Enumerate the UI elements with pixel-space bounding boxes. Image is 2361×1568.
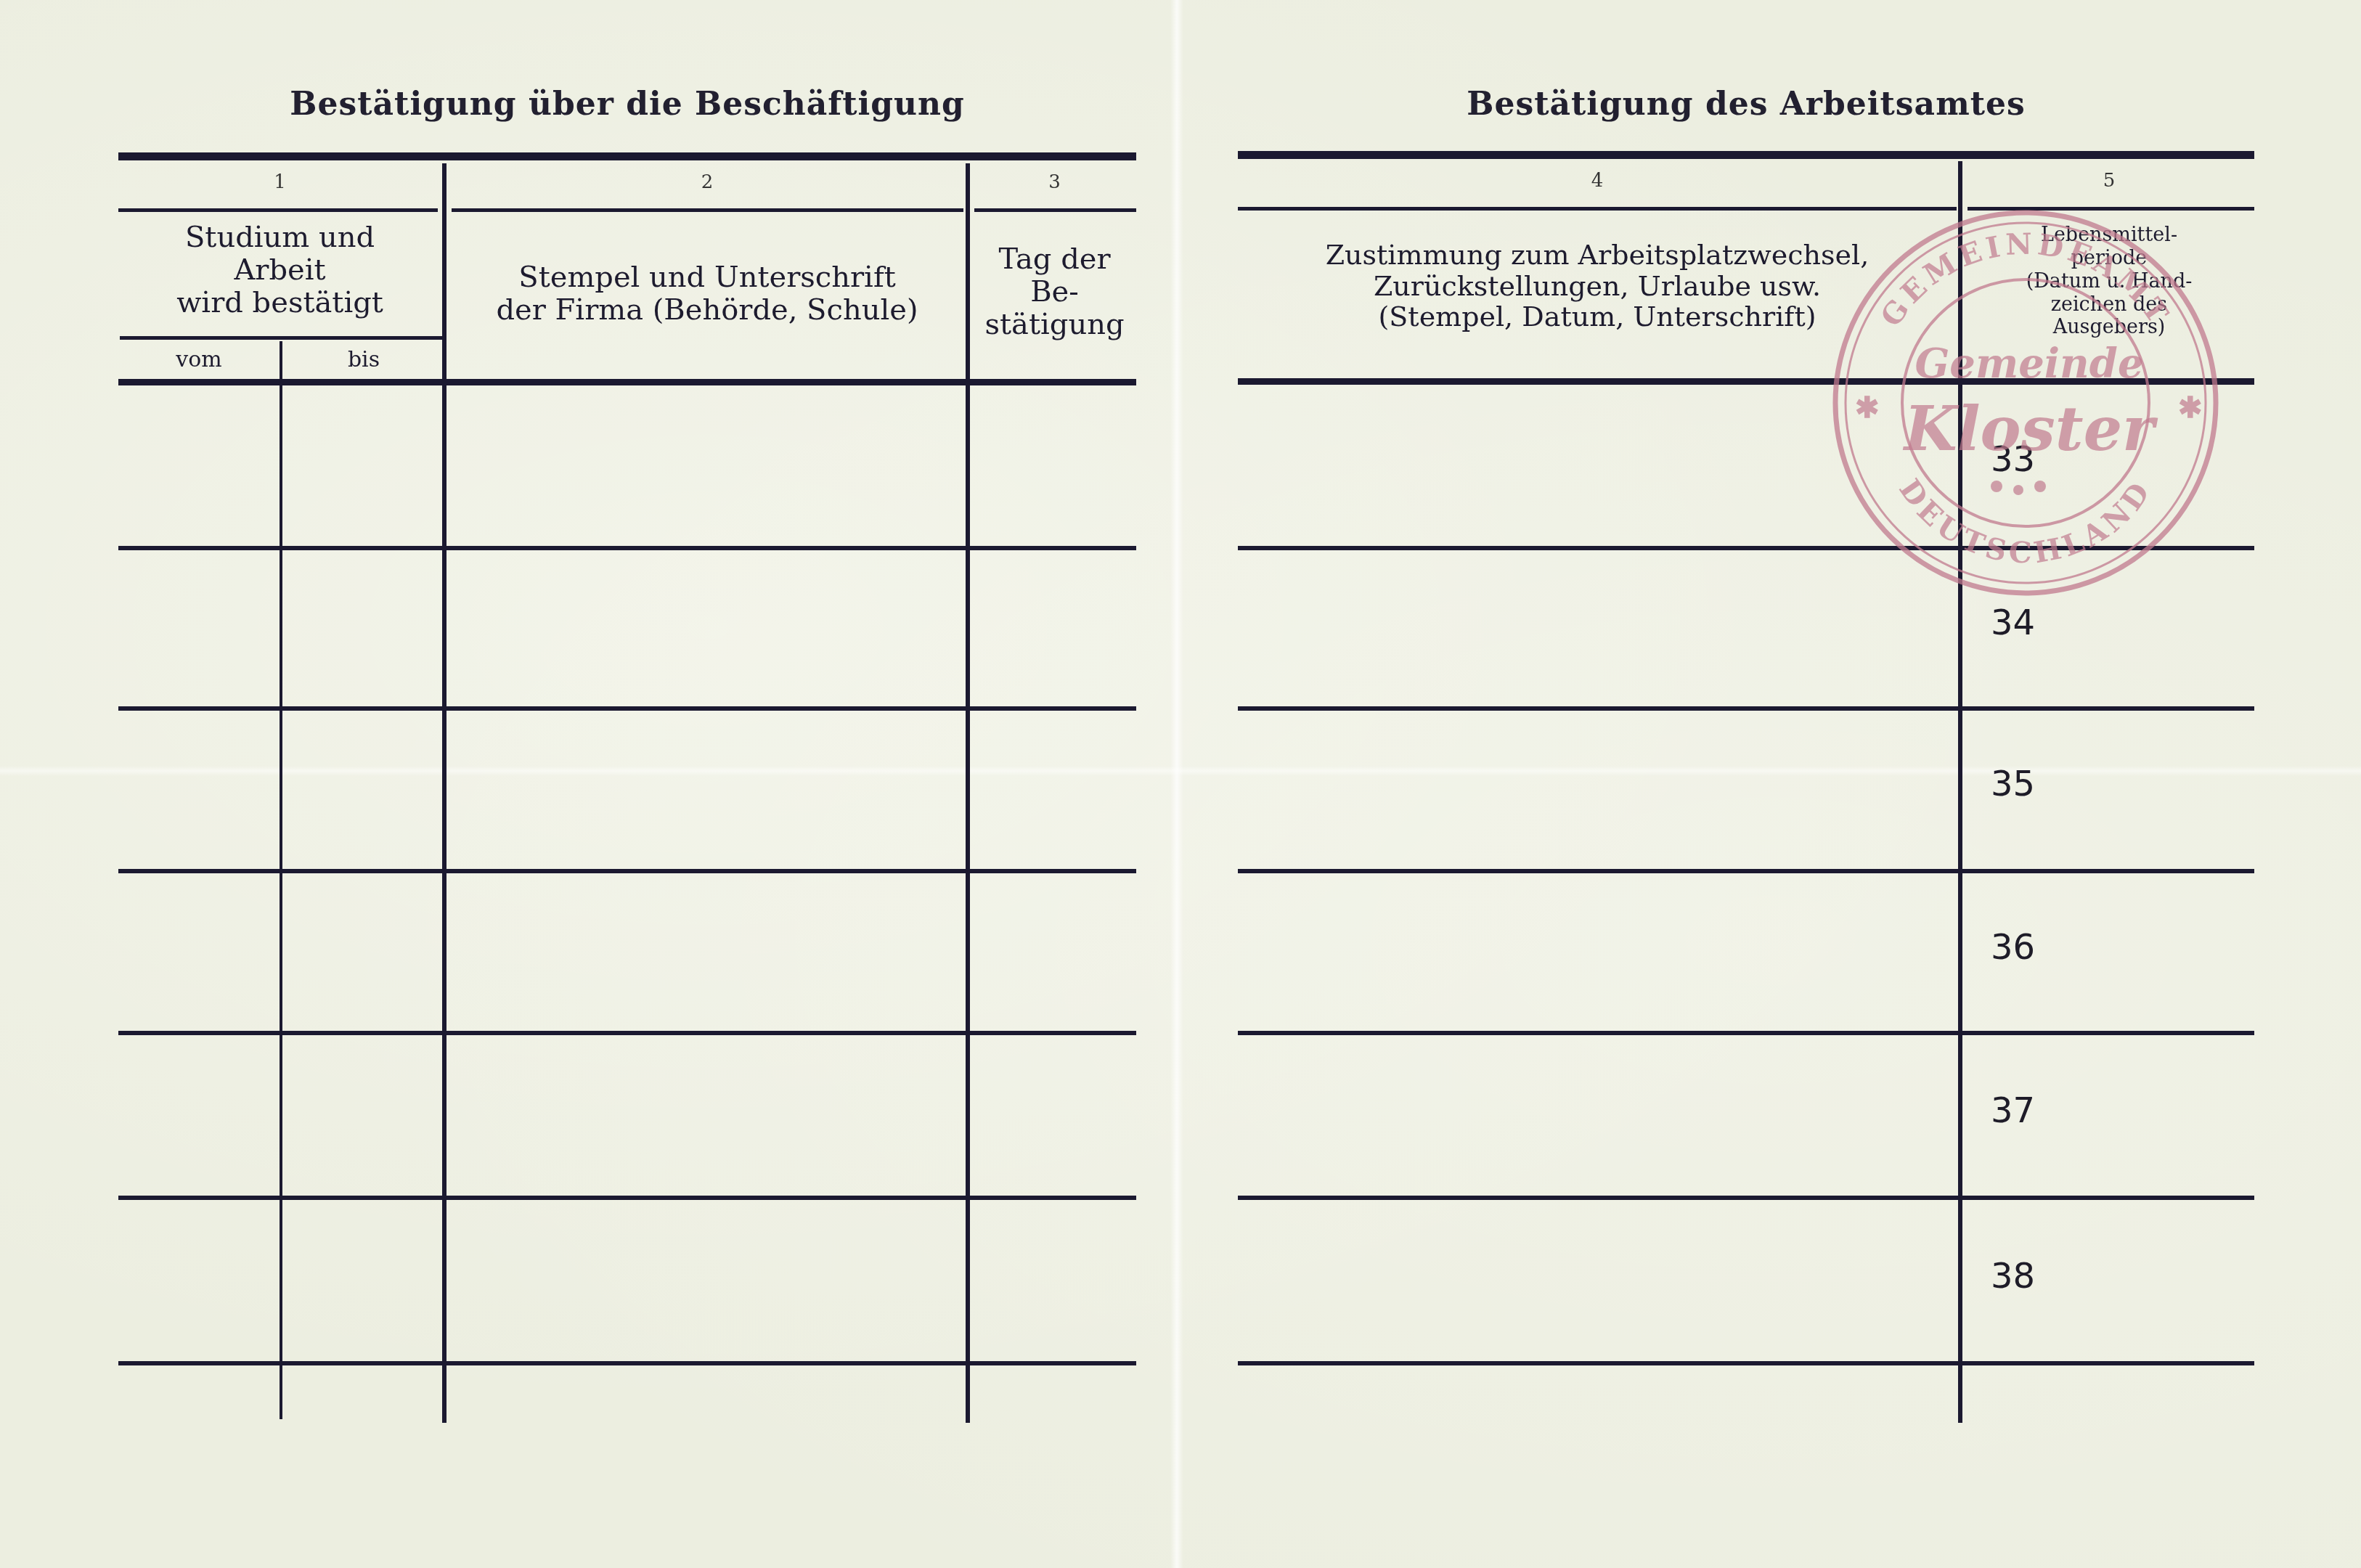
- left-row-rule-5: [118, 1196, 1136, 1200]
- header-line: Stempel und Unterschrift: [449, 261, 966, 294]
- period-number: 34: [1991, 603, 2035, 643]
- left-row-rule-4: [118, 1031, 1136, 1035]
- municipal-stamp: GEMEINDEAMT DEUTSCHLAND Gemeinde Kloster…: [1822, 200, 2229, 606]
- left-numbers-rule-2: [452, 208, 963, 212]
- left-numbers-rule: [118, 208, 438, 212]
- right-row-rule-4: [1238, 1031, 2254, 1035]
- vom-label: vom: [118, 347, 280, 372]
- left-top-rule: [118, 152, 1136, 160]
- svg-text:Gemeinde: Gemeinde: [1915, 340, 2143, 388]
- header-line: Studium und: [118, 221, 441, 254]
- left-row-rule-2: [118, 706, 1136, 711]
- column-number-1: 1: [118, 171, 441, 193]
- column-2-header: Stempel und Unterschrift der Firma (Behö…: [449, 261, 966, 327]
- center-fold-crease: [1170, 0, 1183, 1568]
- column-3-header: Tag der Be- stätigung: [973, 243, 1136, 340]
- svg-text:✱: ✱: [1855, 391, 1880, 425]
- header-line: Tag der: [973, 243, 1136, 276]
- vom-bis-rule: [120, 336, 444, 340]
- right-section-title: Bestätigung des Arbeitsamtes: [1238, 86, 2254, 123]
- right-top-rule: [1238, 151, 2254, 159]
- right-row-rule-3: [1238, 869, 2254, 873]
- period-number: 35: [1991, 764, 2035, 804]
- svg-text:Kloster: Kloster: [1903, 393, 2158, 465]
- header-line: stätigung: [973, 309, 1136, 341]
- stamp-seal-icon: GEMEINDEAMT DEUTSCHLAND Gemeinde Kloster…: [1822, 200, 2229, 606]
- header-line: Be-: [973, 276, 1136, 309]
- right-row-rule-6: [1238, 1361, 2254, 1365]
- header-line: wird bestätigt: [118, 287, 441, 319]
- left-header-bottom-rule: [118, 379, 1136, 385]
- left-row-rule-1: [118, 546, 1136, 550]
- period-number: 36: [1991, 927, 2035, 968]
- right-row-rule-2: [1238, 706, 2254, 711]
- column-number-3: 3: [973, 171, 1136, 193]
- vom-bis-divider: [280, 341, 282, 1419]
- period-number: 37: [1991, 1090, 2035, 1131]
- column-number-4: 4: [1238, 170, 1957, 192]
- svg-text:✱: ✱: [2178, 391, 2203, 425]
- column-1-header: Studium und Arbeit wird bestätigt: [118, 221, 441, 319]
- left-section-title: Bestätigung über die Beschäftigung: [118, 86, 1136, 123]
- left-numbers-rule-3: [974, 208, 1136, 212]
- header-line: der Firma (Behörde, Schule): [449, 294, 966, 327]
- header-line: Arbeit: [118, 254, 441, 287]
- right-row-rule-5: [1238, 1196, 2254, 1200]
- bis-label: bis: [283, 347, 444, 372]
- column-1-2-divider: [442, 163, 446, 1423]
- column-2-3-divider: [966, 163, 970, 1423]
- column-number-5: 5: [1964, 170, 2254, 192]
- left-row-rule-6: [118, 1361, 1136, 1365]
- period-number: 38: [1991, 1256, 2035, 1297]
- column-number-2: 2: [449, 171, 966, 193]
- left-row-rule-3: [118, 869, 1136, 873]
